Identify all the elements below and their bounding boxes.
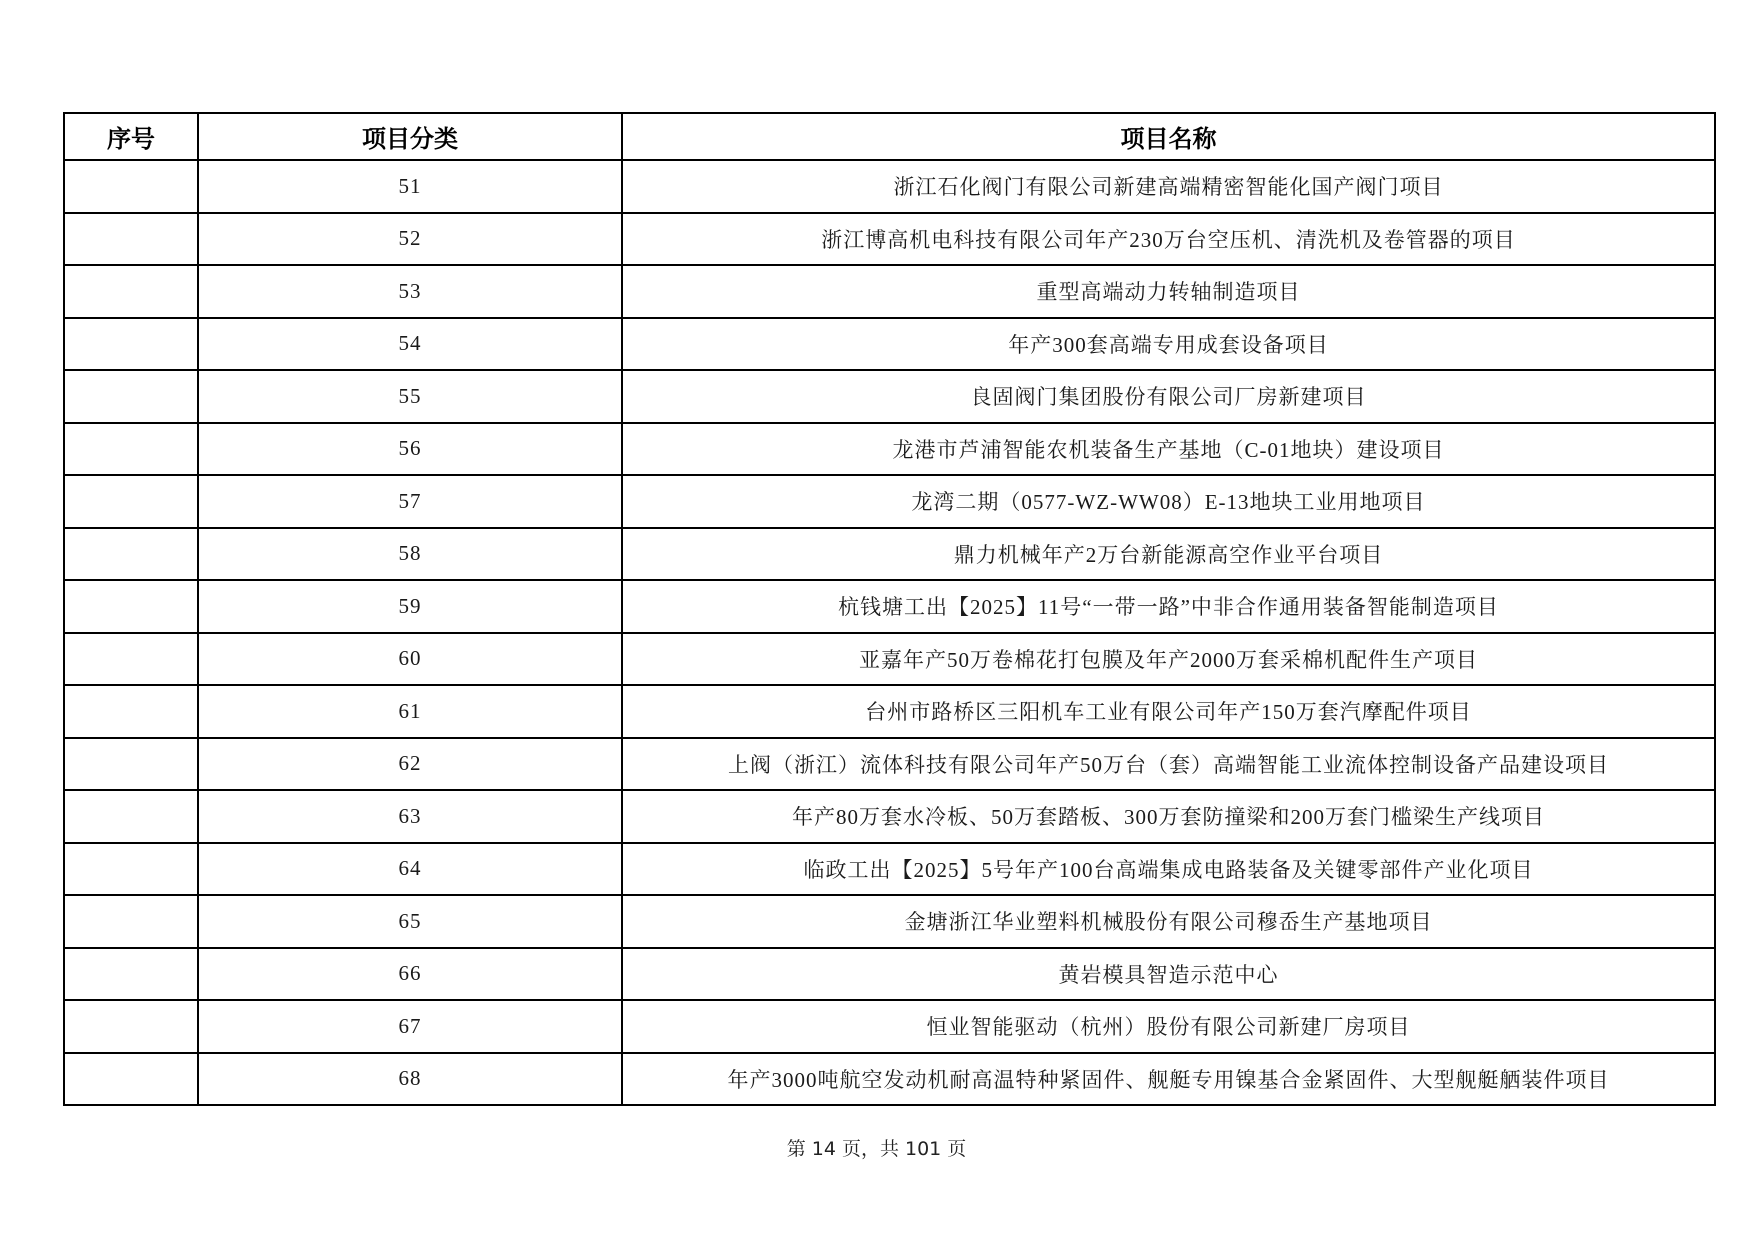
cell-seq: [64, 265, 198, 318]
cell-name: 黄岩模具智造示范中心: [622, 948, 1715, 1001]
cell-category: 62: [198, 738, 622, 791]
cell-category: 59: [198, 580, 622, 633]
cell-seq: [64, 790, 198, 843]
cell-name: 恒业智能驱动（杭州）股份有限公司新建厂房项目: [622, 1000, 1715, 1053]
cell-seq: [64, 318, 198, 371]
cell-seq: [64, 1000, 198, 1053]
cell-category: 64: [198, 843, 622, 896]
cell-category: 52: [198, 213, 622, 266]
table-row: 55良固阀门集团股份有限公司厂房新建项目: [64, 370, 1715, 423]
cell-seq: [64, 475, 198, 528]
cell-seq: [64, 1053, 198, 1106]
cell-name: 年产80万套水冷板、50万套踏板、300万套防撞梁和200万套门槛梁生产线项目: [622, 790, 1715, 843]
header-seq: 序号: [64, 113, 198, 160]
table-row: 62上阀（浙江）流体科技有限公司年产50万台（套）高端智能工业流体控制设备产品建…: [64, 738, 1715, 791]
document-page: 序号 项目分类 项目名称 51浙江石化阀门有限公司新建高端精密智能化国产阀门项目…: [0, 0, 1753, 1240]
header-name: 项目名称: [622, 113, 1715, 160]
table-row: 56龙港市芦浦智能农机装备生产基地（C-01地块）建设项目: [64, 423, 1715, 476]
cell-seq: [64, 213, 198, 266]
cell-seq: [64, 948, 198, 1001]
cell-category: 55: [198, 370, 622, 423]
cell-category: 60: [198, 633, 622, 686]
cell-name: 上阀（浙江）流体科技有限公司年产50万台（套）高端智能工业流体控制设备产品建设项…: [622, 738, 1715, 791]
table-row: 65金塘浙江华业塑料机械股份有限公司穆岙生产基地项目: [64, 895, 1715, 948]
cell-seq: [64, 370, 198, 423]
cell-category: 67: [198, 1000, 622, 1053]
cell-seq: [64, 423, 198, 476]
cell-seq: [64, 685, 198, 738]
cell-name: 杭钱塘工出【2025】11号“一带一路”中非合作通用装备智能制造项目: [622, 580, 1715, 633]
table-row: 51浙江石化阀门有限公司新建高端精密智能化国产阀门项目: [64, 160, 1715, 213]
cell-seq: [64, 528, 198, 581]
cell-name: 浙江博高机电科技有限公司年产230万台空压机、清洗机及卷管器的项目: [622, 213, 1715, 266]
cell-category: 63: [198, 790, 622, 843]
cell-category: 53: [198, 265, 622, 318]
cell-name: 龙港市芦浦智能农机装备生产基地（C-01地块）建设项目: [622, 423, 1715, 476]
cell-category: 65: [198, 895, 622, 948]
cell-name: 重型高端动力转轴制造项目: [622, 265, 1715, 318]
table-row: 67恒业智能驱动（杭州）股份有限公司新建厂房项目: [64, 1000, 1715, 1053]
project-table: 序号 项目分类 项目名称 51浙江石化阀门有限公司新建高端精密智能化国产阀门项目…: [63, 112, 1716, 1106]
table-header-row: 序号 项目分类 项目名称: [64, 113, 1715, 160]
cell-name: 鼎力机械年产2万台新能源高空作业平台项目: [622, 528, 1715, 581]
cell-category: 51: [198, 160, 622, 213]
cell-name: 浙江石化阀门有限公司新建高端精密智能化国产阀门项目: [622, 160, 1715, 213]
cell-seq: [64, 895, 198, 948]
table-row: 53重型高端动力转轴制造项目: [64, 265, 1715, 318]
table-row: 60亚嘉年产50万卷棉花打包膜及年产2000万套采棉机配件生产项目: [64, 633, 1715, 686]
cell-category: 56: [198, 423, 622, 476]
cell-name: 良固阀门集团股份有限公司厂房新建项目: [622, 370, 1715, 423]
cell-name: 金塘浙江华业塑料机械股份有限公司穆岙生产基地项目: [622, 895, 1715, 948]
table-row: 66黄岩模具智造示范中心: [64, 948, 1715, 1001]
cell-seq: [64, 160, 198, 213]
cell-name: 亚嘉年产50万卷棉花打包膜及年产2000万套采棉机配件生产项目: [622, 633, 1715, 686]
cell-category: 58: [198, 528, 622, 581]
cell-seq: [64, 633, 198, 686]
table-row: 57龙湾二期（0577-WZ-WW08）E-13地块工业用地项目: [64, 475, 1715, 528]
cell-seq: [64, 843, 198, 896]
cell-name: 年产3000吨航空发动机耐高温特种紧固件、舰艇专用镍基合金紧固件、大型舰艇舾装件…: [622, 1053, 1715, 1106]
cell-category: 66: [198, 948, 622, 1001]
header-category: 项目分类: [198, 113, 622, 160]
cell-name: 台州市路桥区三阳机车工业有限公司年产150万套汽摩配件项目: [622, 685, 1715, 738]
cell-seq: [64, 738, 198, 791]
table-row: 64临政工出【2025】5号年产100台高端集成电路装备及关键零部件产业化项目: [64, 843, 1715, 896]
cell-category: 57: [198, 475, 622, 528]
cell-category: 61: [198, 685, 622, 738]
cell-name: 年产300套高端专用成套设备项目: [622, 318, 1715, 371]
table-row: 54年产300套高端专用成套设备项目: [64, 318, 1715, 371]
table-row: 52浙江博高机电科技有限公司年产230万台空压机、清洗机及卷管器的项目: [64, 213, 1715, 266]
table-row: 63年产80万套水冷板、50万套踏板、300万套防撞梁和200万套门槛梁生产线项…: [64, 790, 1715, 843]
cell-name: 临政工出【2025】5号年产100台高端集成电路装备及关键零部件产业化项目: [622, 843, 1715, 896]
cell-category: 68: [198, 1053, 622, 1106]
table-row: 59杭钱塘工出【2025】11号“一带一路”中非合作通用装备智能制造项目: [64, 580, 1715, 633]
table-row: 68年产3000吨航空发动机耐高温特种紧固件、舰艇专用镍基合金紧固件、大型舰艇舾…: [64, 1053, 1715, 1106]
cell-category: 54: [198, 318, 622, 371]
cell-seq: [64, 580, 198, 633]
page-number: 第 14 页，共 101 页: [0, 1134, 1753, 1161]
table-row: 61台州市路桥区三阳机车工业有限公司年产150万套汽摩配件项目: [64, 685, 1715, 738]
table-row: 58鼎力机械年产2万台新能源高空作业平台项目: [64, 528, 1715, 581]
cell-name: 龙湾二期（0577-WZ-WW08）E-13地块工业用地项目: [622, 475, 1715, 528]
